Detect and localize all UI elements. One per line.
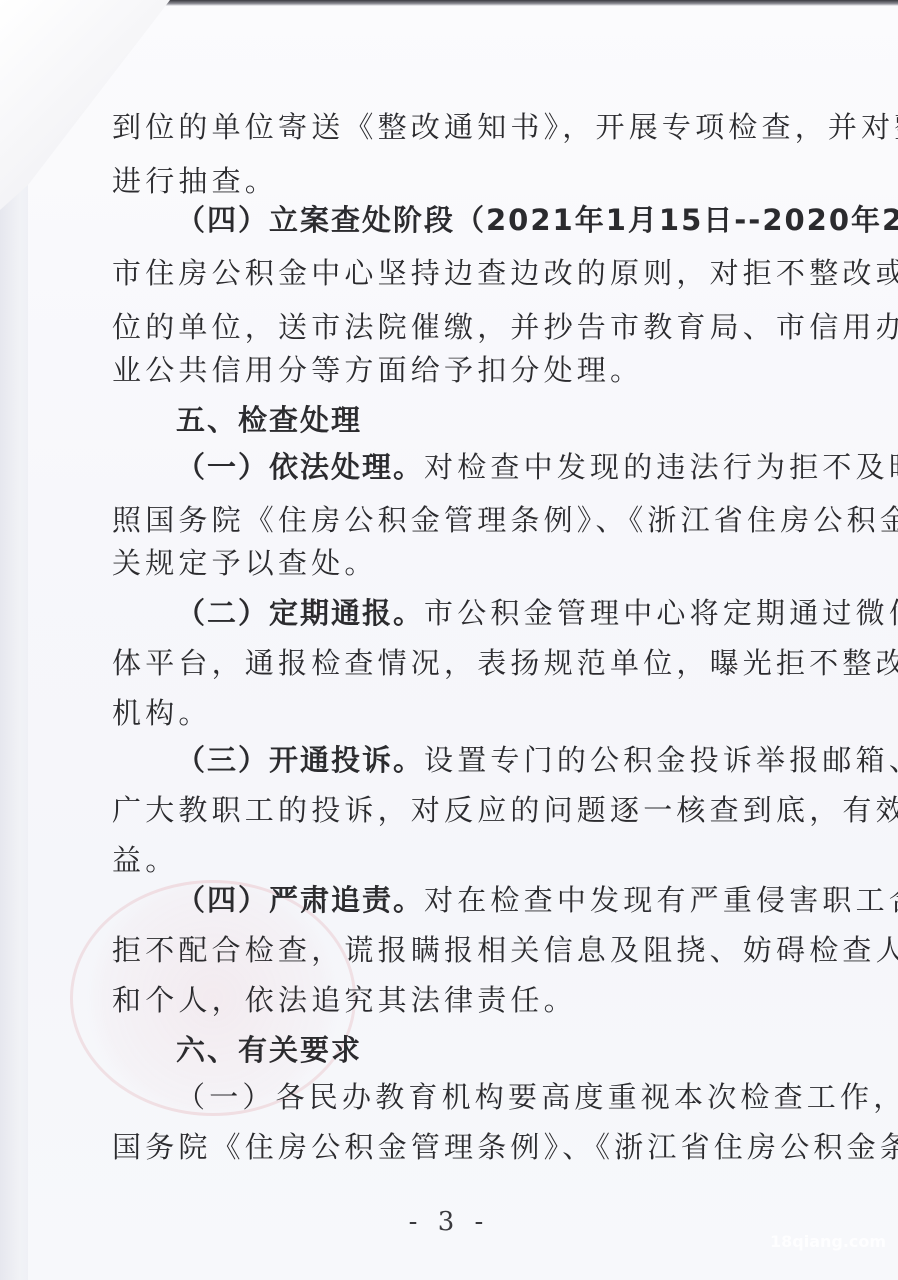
item-line: （三）开通投诉。设置专门的公积金投诉举报邮箱、电话，受理: [176, 743, 898, 777]
stage-heading: （四）立案查处阶段（2021年1月15日--2020年2月20日）。: [176, 203, 898, 237]
item-title: （二）定期通报。: [176, 596, 424, 630]
body-line: 机构。: [112, 696, 862, 730]
body-line: 和个人，依法追究其法律责任。: [112, 983, 862, 1017]
body-line: 益。: [112, 843, 862, 877]
site-watermark: 18qiang.com: [770, 1232, 886, 1251]
section-heading: 五、检查处理: [176, 403, 898, 437]
body-line: 业公共信用分等方面给予扣分处理。: [112, 353, 862, 387]
body-line: 国务院《住房公积金管理条例》、《浙江省住房公积金条例》和《关: [112, 1130, 862, 1164]
document-body: 到位的单位寄送《整改通知书》，开展专项检查，并对整改到位单位 进行抽查。 （四）…: [0, 0, 898, 1280]
body-line: 关规定予以查处。: [112, 546, 862, 580]
item-title: （四）严肃追责。: [176, 883, 424, 917]
item-line: （四）严肃追责。对在检查中发现有严重侵害职工合法权益，或: [176, 883, 898, 917]
item-title: （三）开通投诉。: [176, 743, 424, 777]
body-line: 体平台，通报检查情况，表扬规范单位，曝光拒不整改的的民办教育: [112, 646, 862, 680]
body-line: （一）各民办教育机构要高度重视本次检查工作，认真学习对照: [176, 1080, 898, 1114]
body-line: 广大教职工的投诉，对反应的问题逐一核查到底，有效维护教职工权: [112, 793, 862, 827]
body-line: 拒不配合检查，谎报瞒报相关信息及阻挠、妨碍检查人员检查的单位: [112, 933, 862, 967]
item-text: 设置专门的公积金投诉举报邮箱、电话，受理: [424, 743, 898, 777]
body-line: 市住房公积金中心坚持边查边改的原则，对拒不整改或反复整改不到: [112, 256, 862, 290]
item-title: （一）依法处理。: [176, 450, 424, 484]
body-line: 位的单位，送市法院催缴，并抄告市教育局、市信用办等单位，在企: [112, 310, 862, 344]
body-line: 照国务院《住房公积金管理条例》、《浙江省住房公积金条例》等有: [112, 503, 862, 537]
item-text: 对在检查中发现有严重侵害职工合法权益，或: [424, 883, 898, 917]
item-text: 对检查中发现的违法行为拒不及时整改的，依: [424, 450, 898, 484]
item-line: （二）定期通报。市公积金管理中心将定期通过微信公众号等媒: [176, 596, 898, 630]
body-line: 到位的单位寄送《整改通知书》，开展专项检查，并对整改到位单位: [112, 110, 862, 144]
body-line: 进行抽查。: [112, 164, 862, 198]
page-number: - 3 -: [0, 1207, 898, 1237]
item-line: （一）依法处理。对检查中发现的违法行为拒不及时整改的，依: [176, 450, 898, 484]
item-text: 市公积金管理中心将定期通过微信公众号等媒: [424, 596, 898, 630]
section-heading: 六、有关要求: [176, 1033, 898, 1067]
